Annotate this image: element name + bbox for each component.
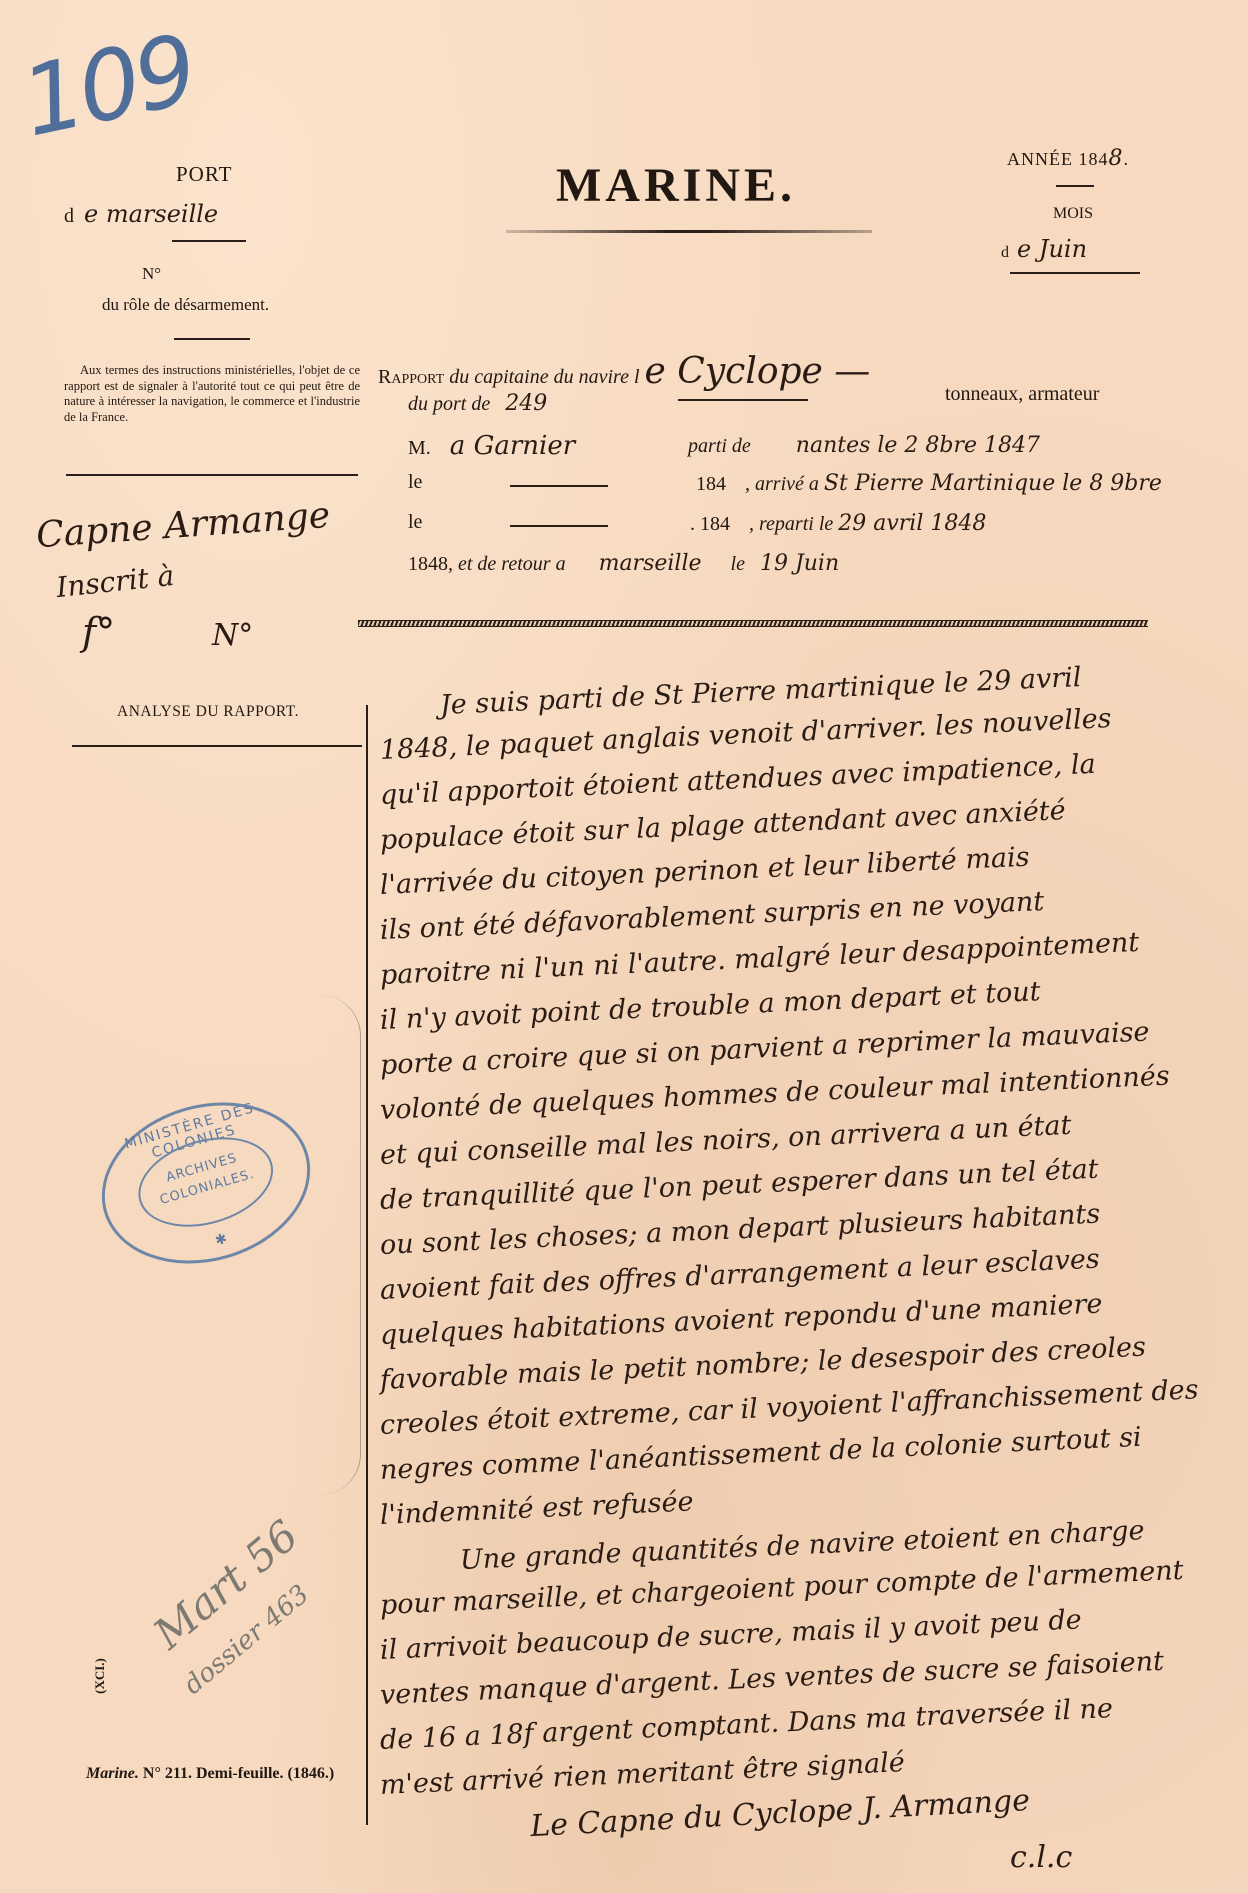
number-note: N° bbox=[212, 618, 253, 653]
arrived-value: St Pierre Martinique le 8 9bre bbox=[824, 471, 1162, 496]
archive-stamp: MINISTÈRE DES COLONIES ARCHIVES COLONIAL… bbox=[83, 1079, 330, 1287]
owner-value: a Garnier bbox=[450, 431, 575, 461]
return-le: le bbox=[731, 553, 745, 575]
tonnage-value: 249 bbox=[505, 391, 547, 416]
return-place: marseille bbox=[599, 551, 702, 576]
letter-line: l'indemnité est refusée bbox=[379, 1486, 694, 1531]
return-date: 19 Juin bbox=[760, 551, 839, 576]
signature: Le Capne du Cyclope J. Armange bbox=[529, 1783, 1030, 1844]
month-value: e Juin bbox=[1017, 235, 1087, 263]
form-code: (XCI.) bbox=[92, 1658, 108, 1694]
divider bbox=[174, 338, 250, 340]
home-port-label: du port de bbox=[408, 393, 490, 415]
month-label: MOIS bbox=[1053, 205, 1093, 223]
archive-number: 109 bbox=[12, 13, 203, 158]
report-label: du capitaine du navire l bbox=[449, 366, 639, 388]
owner-prefix: M. bbox=[408, 437, 431, 459]
year-field: ANNÉE 1848. bbox=[1007, 146, 1129, 171]
title-rule bbox=[506, 230, 872, 233]
divider bbox=[66, 474, 358, 476]
year-stub-1: 184 bbox=[696, 473, 726, 495]
port-value: e marseille bbox=[84, 200, 218, 228]
year-label: ANNÉE 184 bbox=[1007, 149, 1109, 169]
form-footer: Marine. N° 211. Demi-feuille. (1846.) bbox=[86, 1765, 334, 1783]
divider bbox=[678, 399, 808, 401]
role-label: du rôle de désarmement. bbox=[102, 295, 269, 315]
return-label: , et de retour a bbox=[448, 553, 566, 575]
analysis-heading: ANALYSE DU RAPPORT. bbox=[117, 703, 299, 721]
port-label: PORT bbox=[176, 162, 232, 187]
redeparted-label: , reparti le bbox=[749, 513, 833, 535]
tonnage-label: tonneaux, armateur bbox=[945, 383, 1099, 406]
page-title: MARINE. bbox=[556, 158, 796, 213]
redeparted-value: 29 avril 1848 bbox=[838, 511, 986, 536]
ornament-divider bbox=[358, 620, 1148, 627]
divider bbox=[1056, 185, 1094, 187]
blank-line bbox=[510, 485, 608, 487]
analysis-rule bbox=[72, 745, 362, 747]
inscribed-note: Inscrit à bbox=[55, 559, 176, 604]
le-label-2: le bbox=[408, 511, 422, 534]
folio-note: f° bbox=[82, 610, 115, 654]
port-prefix: d bbox=[64, 205, 74, 227]
year-stub-2: . 184 bbox=[690, 513, 730, 535]
le-label-1: le bbox=[408, 471, 422, 494]
captain-note: Capne Armange bbox=[35, 495, 331, 556]
arrived-label: , arrivé a bbox=[745, 473, 819, 495]
pencil-curve bbox=[320, 995, 361, 1495]
star-icon: ✱ bbox=[213, 1231, 229, 1250]
departed-value: nantes le 2 8bre 1847 bbox=[796, 433, 1040, 458]
port-field: de marseille bbox=[64, 200, 218, 228]
number-label: N° bbox=[142, 264, 161, 284]
month-field: de Juin bbox=[1001, 235, 1087, 263]
footer-italic: Marine. bbox=[86, 1765, 139, 1782]
divider bbox=[1010, 272, 1140, 274]
footer-text: N° 211. Demi-feuille. (1846.) bbox=[139, 1765, 334, 1782]
signature-initials: c.l.c bbox=[1010, 1840, 1072, 1875]
month-prefix: d bbox=[1001, 244, 1009, 261]
instructions-text: Aux termes des instructions ministériell… bbox=[64, 363, 360, 425]
report-prefix: Rapport bbox=[378, 366, 444, 388]
vessel-name: e Cyclope — bbox=[645, 351, 871, 392]
return-year: 1848 bbox=[408, 553, 448, 575]
blank-line bbox=[510, 525, 608, 527]
column-divider bbox=[366, 705, 368, 1825]
divider bbox=[172, 240, 246, 242]
year-value: 8 bbox=[1109, 146, 1124, 171]
departed-label: parti de bbox=[688, 435, 751, 457]
